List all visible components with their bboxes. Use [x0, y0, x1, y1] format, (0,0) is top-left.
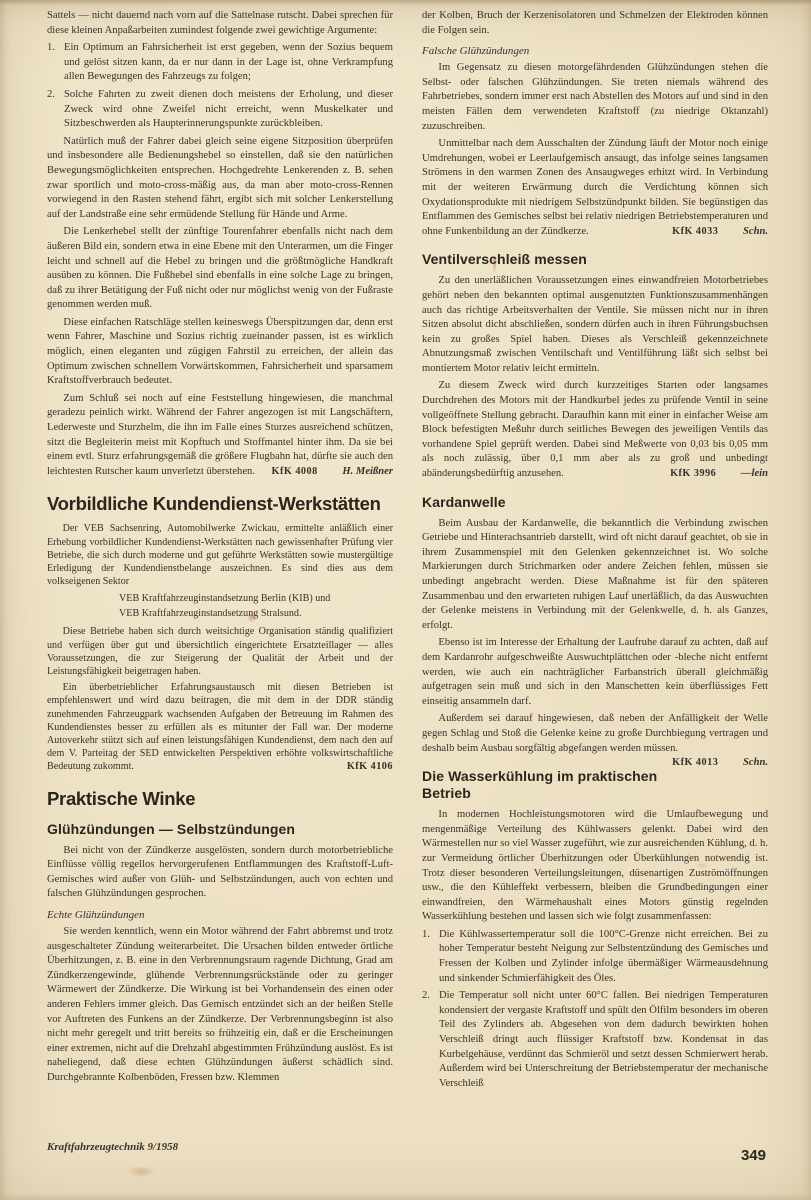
- paragraph: Diese einfachen Ratschläge stellen keine…: [47, 316, 393, 389]
- kfk-reference: KfK 4106: [347, 761, 393, 772]
- paragraph-with-signature: Außerdem sei darauf hingewiesen, daß neb…: [422, 712, 768, 756]
- article-heading: Praktische Winke: [47, 788, 393, 809]
- paragraph-with-signature: Unmittelbar nach dem Ausschalten der Zün…: [422, 137, 768, 239]
- paragraph: Der VEB Sachsenring, Automobilwerke Zwic…: [47, 522, 393, 588]
- article-signature: KfK 4033 Schn.: [672, 225, 768, 240]
- page-number: 349: [741, 1147, 766, 1164]
- list-item-text: Die Temperatur soll nicht unter 60°C fal…: [439, 989, 768, 1091]
- paragraph: Sie werden kenntlich, wenn ein Motor wäh…: [47, 925, 393, 1086]
- paragraph-text: Zu diesem Zweck wird durch kurzzeitiges …: [422, 380, 768, 479]
- two-column-layout: Sattels — nicht dauernd nach vorn auf di…: [47, 9, 768, 1094]
- section-heading: Die Wasserkühlung im praktischen Betrieb: [422, 768, 768, 802]
- list-item: 2. Solche Fahrten zu zweit dienen doch m…: [47, 88, 393, 132]
- footer-journal-name: Kraftfahrzeugtechnik 9/1958: [47, 1141, 178, 1153]
- veb-line: VEB Kraftfahrzeuginstandsetzung Berlin (…: [47, 592, 393, 607]
- section-heading: Kardanwelle: [422, 494, 768, 511]
- author-initials: Schn.: [743, 226, 768, 237]
- section-heading: Ventilverschleiß messen: [422, 251, 768, 268]
- kfk-reference: KfK 4013: [672, 757, 718, 768]
- paragraph: Zu den unerläßlichen Voraussetzungen ein…: [422, 274, 768, 376]
- article-signature: KfK 4106: [347, 760, 393, 773]
- list-item: 2. Die Temperatur soll nicht unter 60°C …: [422, 989, 768, 1091]
- author-initials: —lein: [741, 468, 768, 479]
- paragraph: Beim Ausbau der Kardanwelle, die bekannt…: [422, 517, 768, 634]
- paragraph: Diese Betriebe haben sich durch weitsich…: [47, 625, 393, 678]
- kfk-reference: KfK 4033: [672, 226, 718, 237]
- author-initials: H. Meißner: [342, 466, 393, 477]
- paragraph: Natürlich muß der Fahrer dabei gleich se…: [47, 135, 393, 223]
- paragraph: In modernen Hochleistungsmotoren wird di…: [422, 808, 768, 925]
- article-signature: KfK 4013 Schn.: [672, 756, 768, 771]
- veb-company-lines: VEB Kraftfahrzeuginstandsetzung Berlin (…: [47, 592, 393, 621]
- paragraph-with-signature: Zum Schluß sei noch auf eine Feststellun…: [47, 392, 393, 480]
- paper-stain: [127, 1166, 155, 1177]
- article-heading: Vorbildliche Kundendienst-Werkstätten: [47, 493, 393, 514]
- paragraph: Sattels — nicht dauernd nach vorn auf di…: [47, 9, 393, 38]
- paragraph: Bei nicht von der Zündkerze ausgelösten,…: [47, 844, 393, 902]
- article-signature: KfK 4008 H. Meißner: [272, 465, 393, 480]
- list-item-text: Die Kühlwassertemperatur soll die 100°C-…: [439, 928, 768, 986]
- article-signature: KfK 3996 —lein: [670, 467, 768, 482]
- list-number: 2.: [47, 88, 64, 132]
- paragraph: Ebenso ist im Interesse der Erhaltung de…: [422, 636, 768, 709]
- magazine-page: Sattels — nicht dauernd nach vorn auf di…: [0, 0, 811, 1200]
- list-number: 1.: [47, 41, 64, 85]
- left-column: Sattels — nicht dauernd nach vorn auf di…: [47, 9, 393, 1094]
- paragraph-with-signature: Ein überbetrieblicher Erfahrungsaustausc…: [47, 681, 393, 773]
- author-initials: Schn.: [743, 757, 768, 768]
- paragraph-text: Zum Schluß sei noch auf eine Feststellun…: [47, 393, 393, 477]
- kfk-reference: KfK 3996: [670, 468, 716, 479]
- paragraph: Im Gegensatz zu diesen motorgefährdenden…: [422, 61, 768, 134]
- italic-subheading: Echte Glühzündungen: [47, 908, 393, 922]
- list-item: 1. Ein Optimum an Fahrsicherheit ist ers…: [47, 41, 393, 85]
- list-item-text: Solche Fahrten zu zweit dienen doch meis…: [64, 88, 393, 132]
- list-number: 1.: [422, 928, 439, 986]
- paragraph-with-signature: Zu diesem Zweck wird durch kurzzeitiges …: [422, 379, 768, 481]
- kfk-reference: KfK 4008: [272, 466, 318, 477]
- right-column: der Kolben, Bruch der Kerzenisolatoren u…: [422, 9, 768, 1094]
- paragraph-text: Außerdem sei darauf hingewiesen, daß neb…: [422, 713, 768, 753]
- paragraph-text: Ein überbetrieblicher Erfahrungsaustausc…: [47, 682, 393, 772]
- paragraph: Die Lenkerhebel stellt der zünftige Tour…: [47, 225, 393, 313]
- paragraph-text: Unmittelbar nach dem Ausschalten der Zün…: [422, 138, 768, 237]
- paragraph: der Kolben, Bruch der Kerzenisolatoren u…: [422, 9, 768, 38]
- italic-subheading: Falsche Glühzündungen: [422, 44, 768, 58]
- list-item-text: Ein Optimum an Fahrsicherheit ist erst g…: [64, 41, 393, 85]
- list-item: 1. Die Kühlwassertemperatur soll die 100…: [422, 928, 768, 986]
- veb-line: VEB Kraftfahrzeuginstandsetzung Stralsun…: [47, 607, 393, 622]
- list-number: 2.: [422, 989, 439, 1091]
- section-heading: Glühzündungen — Selbstzündungen: [47, 821, 393, 838]
